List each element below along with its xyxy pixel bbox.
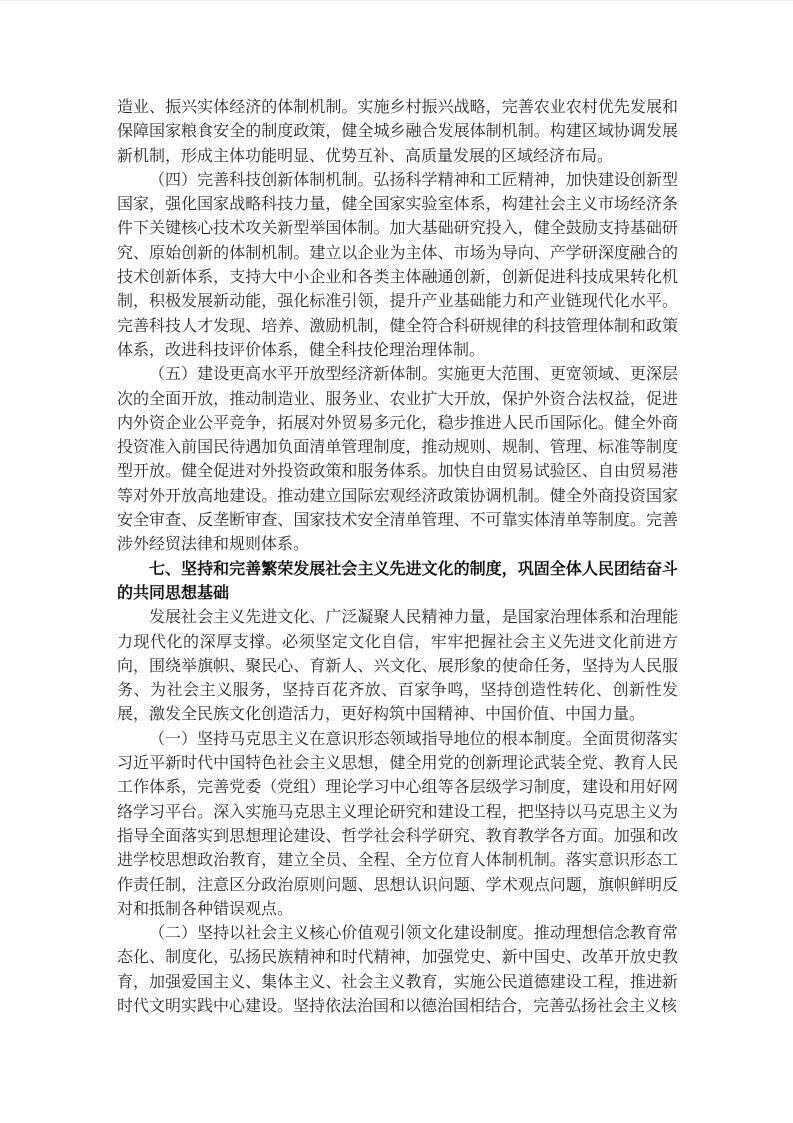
body-paragraph: （四）完善科技创新体制机制。弘扬科学精神和工匠精神，加快建设创新型国家，强化国家…	[117, 169, 678, 363]
body-paragraph: 发展社会主义先进文化、广泛凝聚人民精神力量，是国家治理体系和治理能力现代化的深厚…	[117, 606, 678, 727]
body-paragraph: （五）建设更高水平开放型经济新体制。实施更大范围、更宽领域、更深层次的全面开放，…	[117, 363, 678, 557]
body-paragraph: 造业、振兴实体经济的体制机制。实施乡村振兴战略，完善农业农村优先发展和保障国家粮…	[117, 96, 678, 169]
document-text-block: 造业、振兴实体经济的体制机制。实施乡村振兴战略，完善农业农村优先发展和保障国家粮…	[117, 96, 678, 1019]
body-paragraph: （一）坚持马克思主义在意识形态领域指导地位的根本制度。全面贯彻落实习近平新时代中…	[117, 728, 678, 922]
document-page: 造业、振兴实体经济的体制机制。实施乡村振兴战略，完善农业农村优先发展和保障国家粮…	[0, 0, 793, 1123]
section-heading: 七、坚持和完善繁荣发展社会主义先进文化的制度，巩固全体人民团结奋斗的共同思想基础	[117, 558, 678, 607]
body-paragraph: （二）坚持以社会主义核心价值观引领文化建设制度。推动理想信念教育常态化、制度化，…	[117, 922, 678, 1019]
